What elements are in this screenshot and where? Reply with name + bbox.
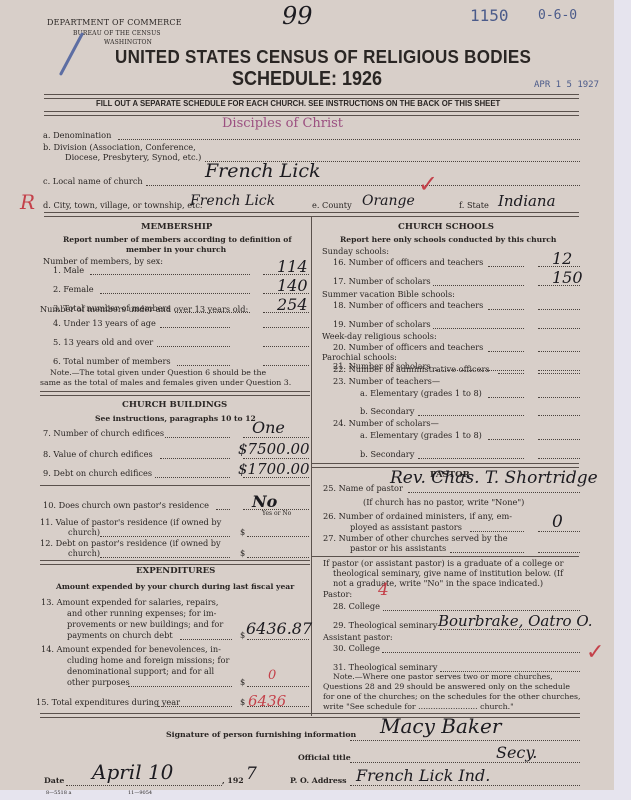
q14-label-3: denominational support; and for all bbox=[67, 666, 214, 676]
official-title-value: Secy. bbox=[496, 743, 537, 762]
expenditures-subheading: Amount expended by your church during la… bbox=[56, 582, 294, 591]
q13-label-4: payments on church debt bbox=[67, 630, 173, 640]
dollar-sign: $ bbox=[240, 697, 245, 707]
denomination-value: Disciples of Christ bbox=[222, 116, 343, 131]
member-q6-field[interactable] bbox=[263, 365, 309, 366]
q14-value: 0 bbox=[268, 668, 276, 683]
city-value: French Lick bbox=[190, 193, 275, 209]
q10-label: 10. Does church own pastor's residence bbox=[43, 500, 209, 510]
q13-label-3: provements or new buildings; and for bbox=[67, 619, 223, 629]
membership-subheading-2: member in your church bbox=[126, 245, 226, 254]
margin-mark: R bbox=[20, 190, 35, 214]
q11-label-2: church) bbox=[68, 527, 100, 537]
summer-schools-label: Summer vacation Bible schools: bbox=[322, 289, 455, 299]
local-name-label: c. Local name of church bbox=[43, 176, 143, 186]
handwritten-file-number: 99 bbox=[282, 2, 313, 30]
q28-field[interactable] bbox=[383, 610, 580, 611]
q17-label: 17. Number of scholars bbox=[333, 276, 431, 286]
po-address-value: French Lick Ind. bbox=[356, 766, 490, 785]
member-q5-label: 5. 13 years old and over bbox=[53, 337, 153, 347]
local-name-field[interactable] bbox=[146, 185, 580, 186]
q16-value: 12 bbox=[552, 249, 572, 268]
member-q4-label: 4. Under 13 years of age bbox=[53, 318, 156, 328]
member-q3-label: 3. Total number of members bbox=[53, 303, 171, 313]
denomination-label: a. Denomination bbox=[43, 130, 111, 140]
yes-no-hint: Yes or No bbox=[262, 510, 291, 517]
q15-value: 6436 bbox=[248, 692, 286, 710]
membership-subheading: Report number of members according to de… bbox=[63, 235, 292, 244]
q7-label: 7. Number of church edifices bbox=[43, 428, 164, 438]
county-value: Orange bbox=[362, 193, 415, 209]
membership-heading: MEMBERSHIP bbox=[141, 222, 212, 232]
sunday-schools-label: Sunday schools: bbox=[322, 246, 389, 256]
q10-value: No bbox=[252, 492, 277, 511]
census-schedule-form: DEPARTMENT OF COMMERCE BUREAU OF THE CEN… bbox=[0, 0, 614, 790]
q31-label: 31. Theological seminary bbox=[333, 662, 437, 672]
q13-label-2: and other running expenses; for im- bbox=[67, 608, 216, 618]
q8-label: 8. Value of church edifices bbox=[43, 449, 153, 459]
q14-label-2: cluding home and foreign missions; for bbox=[67, 655, 229, 665]
q20-field[interactable] bbox=[538, 351, 580, 352]
q25-field[interactable] bbox=[408, 492, 580, 493]
assistant-pastor-label: Assistant pastor: bbox=[323, 632, 393, 642]
q14-field[interactable] bbox=[247, 686, 309, 687]
divider bbox=[311, 556, 579, 557]
q11-label: 11. Value of pastor's residence (if owne… bbox=[40, 517, 221, 527]
q23b-field[interactable] bbox=[538, 415, 580, 416]
membership-note-2: same as the total of males and females g… bbox=[40, 378, 291, 387]
q27-label-2: pastor or his assistants bbox=[350, 543, 446, 553]
instruction-banner: FILL OUT A SEPARATE SCHEDULE FOR EACH CH… bbox=[96, 98, 500, 108]
q25-value: Rev. Chas. T. Shortridge bbox=[390, 468, 598, 488]
division-label: b. Division (Association, Conference, bbox=[43, 142, 196, 152]
state-value: Indiana bbox=[498, 192, 556, 210]
q27-field[interactable] bbox=[538, 552, 580, 553]
q13-field[interactable] bbox=[247, 639, 309, 640]
graduate-note-3: not a graduate, write "No" in the space … bbox=[333, 578, 543, 588]
q12-label-2: church) bbox=[68, 548, 100, 558]
q18-label: 18. Number of officers and teachers bbox=[333, 300, 483, 310]
signature-label: Signature of person furnishing informati… bbox=[166, 730, 356, 739]
local-name-value: French Lick bbox=[205, 160, 321, 182]
bureau-name: BUREAU OF THE CENSUS bbox=[73, 30, 161, 37]
q30-field[interactable] bbox=[382, 652, 580, 653]
member-q4-field[interactable] bbox=[263, 327, 309, 328]
q14-label: 14. Amount expended for benevolences, in… bbox=[41, 644, 221, 654]
q24b-field[interactable] bbox=[538, 458, 580, 459]
q14-label-4: other purposes bbox=[67, 677, 130, 687]
membership-note: Note.—The total given under Question 6 s… bbox=[50, 368, 266, 377]
q23b-label: b. Secondary bbox=[360, 406, 414, 416]
pastor-note-4: write "See schedule for ................… bbox=[323, 702, 514, 711]
divider bbox=[40, 560, 310, 565]
date-value: April 10 bbox=[92, 760, 173, 784]
q8-field[interactable] bbox=[243, 458, 309, 459]
q29-value: Bourbrake, Oatro O. bbox=[438, 612, 593, 630]
q24b-label: b. Secondary bbox=[360, 449, 414, 459]
member-q3-value: 254 bbox=[277, 295, 308, 314]
divider bbox=[40, 391, 310, 396]
buildings-heading: CHURCH BUILDINGS bbox=[122, 400, 227, 410]
q23-label: 23. Number of teachers— bbox=[333, 376, 440, 386]
stamp-code: 0-6-0 bbox=[538, 8, 577, 23]
divider bbox=[40, 485, 310, 486]
schedule-title: SCHEDULE: 1926 bbox=[232, 68, 382, 91]
q12-label: 12. Debt on pastor's residence (if owned… bbox=[40, 538, 221, 548]
stamp-number: 1150 bbox=[470, 6, 509, 25]
schools-heading: CHURCH SCHOOLS bbox=[398, 222, 494, 232]
official-title-field[interactable] bbox=[350, 762, 580, 763]
year-prefix: , 192 bbox=[222, 776, 244, 785]
q20-label: 20. Number of officers and teachers bbox=[333, 342, 483, 352]
date-label: Date bbox=[44, 776, 64, 785]
form-title: UNITED STATES CENSUS OF RELIGIOUS BODIES bbox=[115, 46, 531, 68]
pastor-note-2: Questions 28 and 29 should be answered o… bbox=[323, 682, 570, 691]
date-field[interactable] bbox=[66, 785, 222, 786]
member-q2-label: 2. Female bbox=[53, 284, 94, 294]
q27-label: 27. Number of other churches served by t… bbox=[323, 533, 508, 543]
q13-value: 6436.87 bbox=[246, 619, 312, 638]
q17-value: 150 bbox=[552, 268, 583, 287]
expenditures-heading: EXPENDITURES bbox=[136, 566, 215, 576]
q9-label: 9. Debt on church edifices bbox=[43, 468, 152, 478]
po-address-label: P. O. Address bbox=[290, 776, 347, 785]
q26-label: 26. Number of ordained ministers, if any… bbox=[323, 511, 512, 521]
member-q1-value: 114 bbox=[277, 257, 308, 276]
q26-label-2: ployed as assistant pastors bbox=[350, 522, 462, 532]
denomination-field[interactable] bbox=[118, 139, 580, 140]
q7-field[interactable] bbox=[243, 437, 309, 438]
official-title-label: Official title bbox=[298, 753, 351, 762]
po-address-field[interactable] bbox=[350, 785, 580, 786]
dollar-sign: $ bbox=[240, 630, 245, 640]
q12-field[interactable] bbox=[247, 557, 309, 558]
signature-value: Macy Baker bbox=[380, 714, 501, 738]
q11-field[interactable] bbox=[247, 536, 309, 537]
q22-field[interactable] bbox=[538, 373, 580, 374]
pastor-note: Note.—Where one pastor serves two or mor… bbox=[333, 672, 553, 681]
q30-label: 30. College bbox=[333, 643, 380, 653]
department-name: DEPARTMENT OF COMMERCE bbox=[47, 18, 182, 27]
q24a-field[interactable] bbox=[538, 439, 580, 440]
signature-field[interactable] bbox=[350, 740, 580, 741]
member-q2-value: 140 bbox=[277, 276, 308, 295]
q25-note: (If church has no pastor, write "None") bbox=[363, 497, 524, 507]
dollar-sign: $ bbox=[240, 548, 245, 558]
q7-value: One bbox=[252, 418, 285, 437]
q21-field[interactable] bbox=[538, 370, 580, 371]
bureau-city: WASHINGTON bbox=[104, 39, 152, 46]
pastor-note-3: for one of the churches; on the schedule… bbox=[323, 692, 581, 701]
q13-label: 13. Amount expended for salaries, repair… bbox=[41, 597, 218, 607]
q26-value: 0 bbox=[552, 512, 563, 532]
member-q1-label: 1. Male bbox=[53, 265, 84, 275]
q21-label: 21. Number of scholars bbox=[333, 361, 431, 371]
weekday-schools-label: Week-day religious schools: bbox=[322, 331, 437, 341]
q8-value: $7500.00 bbox=[238, 440, 310, 458]
q28-label: 28. College bbox=[333, 601, 380, 611]
q19-field[interactable] bbox=[538, 328, 580, 329]
q23a-field[interactable] bbox=[538, 397, 580, 398]
q19-label: 19. Number of scholars bbox=[333, 319, 431, 329]
buildings-subheading: See instructions, paragraphs 10 to 12 bbox=[95, 414, 256, 423]
q9-value: $1700.00 bbox=[238, 460, 310, 478]
q24a-label: a. Elementary (grades 1 to 8) bbox=[360, 430, 482, 440]
q16-label: 16. Number of officers and teachers bbox=[333, 257, 483, 267]
check-mark-icon: ✓ bbox=[418, 170, 438, 198]
q29-label: 29. Theological seminary bbox=[333, 620, 437, 630]
q23a-label: a. Elementary (grades 1 to 8) bbox=[360, 388, 482, 398]
county-label: e. County bbox=[312, 200, 352, 210]
check-mark-icon bbox=[59, 32, 84, 76]
received-date-stamp: APR 1 5 1927 bbox=[534, 80, 599, 90]
check-mark-icon: ✓ bbox=[586, 640, 604, 665]
q18-field[interactable] bbox=[538, 309, 580, 310]
member-q5-field[interactable] bbox=[263, 346, 309, 347]
member-q6-label: 6. Total number of members bbox=[53, 356, 171, 366]
division-label-2: Diocese, Presbytery, Synod, etc.) bbox=[65, 152, 201, 162]
schools-subheading: Report here only schools conducted by th… bbox=[340, 235, 556, 244]
dollar-sign: $ bbox=[240, 527, 245, 537]
city-label: d. City, town, village, or township, etc… bbox=[43, 200, 203, 210]
dollar-sign: $ bbox=[240, 677, 245, 687]
q24-label: 24. Number of scholars— bbox=[333, 418, 439, 428]
year-value: 7 bbox=[246, 764, 257, 784]
red-mark: 4 bbox=[378, 580, 389, 600]
form-code: 8—5518 a bbox=[46, 790, 71, 796]
pastor-label: Pastor: bbox=[323, 589, 352, 599]
graduate-note: If pastor (or assistant pastor) is a gra… bbox=[323, 558, 564, 568]
graduate-note-2: theological seminary, give name of insti… bbox=[333, 568, 563, 578]
state-label: f. State bbox=[459, 200, 489, 210]
form-code-2: 11—9054 bbox=[128, 790, 152, 796]
